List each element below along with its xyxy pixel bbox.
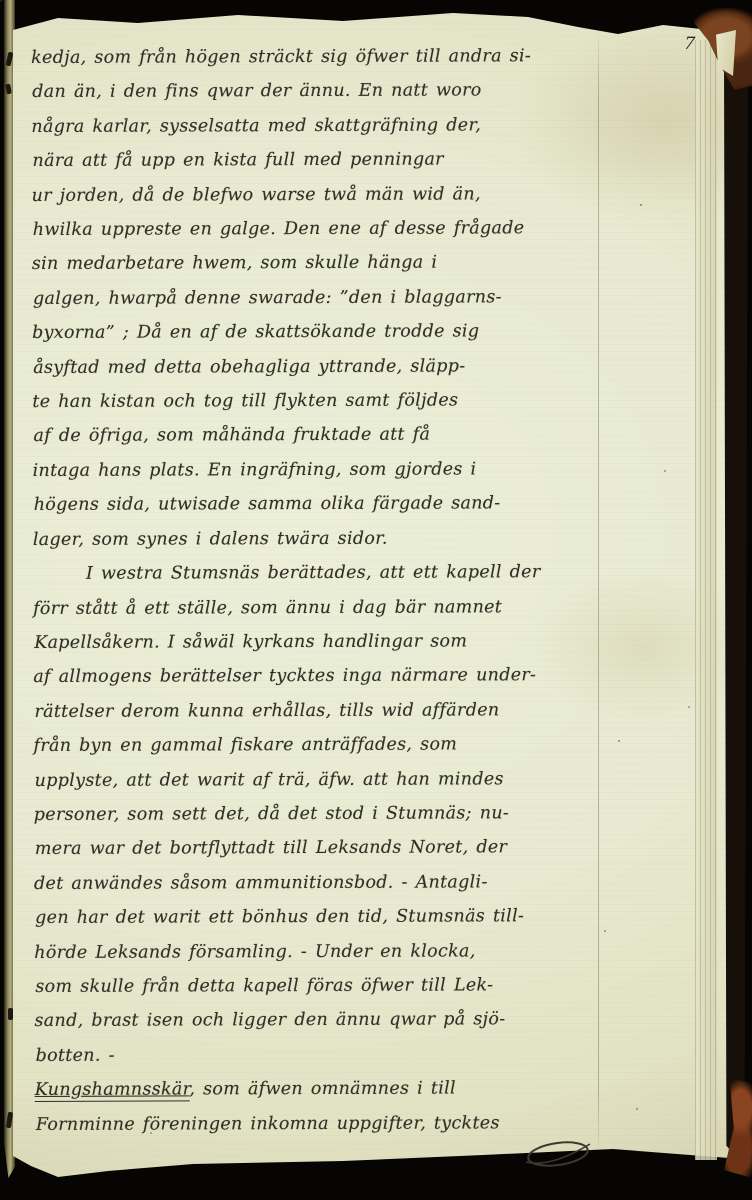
underlined-place-name: Kungshamnsskär xyxy=(35,1080,190,1103)
manuscript-line: rättelser derom kunna erhållas, tills wi… xyxy=(34,693,590,729)
manuscript-line: botten. - xyxy=(36,1037,592,1073)
manuscript-line: intaga hans plats. En ingräfning, som gj… xyxy=(33,452,589,488)
manuscript-line: åsyftad med detta obehagliga yttrande, s… xyxy=(33,349,589,385)
manuscript-line: byxorna” ; Då en af de skattsökande trod… xyxy=(32,314,588,350)
ink-specks xyxy=(0,0,2,2)
manuscript-line: från byn en gammal fiskare anträffades, … xyxy=(33,727,589,763)
manuscript-line: nära att få upp en kista full med pennin… xyxy=(32,142,588,178)
manuscript-line: kedja, som från högen sträckt sig öfwer … xyxy=(31,39,587,75)
manuscript-line: galgen, hwarpå denne swarade: ”den i bla… xyxy=(33,280,589,316)
manuscript-line: mera war det bortflyttadt till Leksands … xyxy=(35,830,591,866)
binding-stitch xyxy=(8,1008,13,1020)
manuscript-line: högens sida, utwisade samma olika färgad… xyxy=(34,486,590,522)
manuscript-line: lager, som synes i dalens twära sidor. xyxy=(33,521,589,557)
manuscript-line: upplyste, att det warit af trä, äfw. att… xyxy=(35,762,591,798)
manuscript-line: hwilka uppreste en galge. Den ene af des… xyxy=(33,211,589,247)
manuscript-line: Kungshamnsskär, som äfwen omnämnes i til… xyxy=(35,1071,591,1107)
manuscript-line: gen har det warit ett bönhus den tid, St… xyxy=(35,899,591,935)
manuscript-line: af allmogens berättelser tycktes inga nä… xyxy=(33,658,589,694)
manuscript-text: kedja, som från högen sträckt sig öfwer … xyxy=(31,39,591,1142)
manuscript-line: I westra Stumsnäs berättades, att ett ka… xyxy=(34,555,590,591)
manuscript-line: Fornminne föreningen inkomna uppgifter, … xyxy=(36,1106,592,1142)
stacked-page-edges xyxy=(695,40,717,1160)
pen-flourish-icon xyxy=(520,1132,600,1176)
manuscript-line: te han kistan och tog till flykten samt … xyxy=(32,383,588,419)
leather-binding-edge xyxy=(724,52,748,1168)
margin-rule xyxy=(598,28,599,1160)
manuscript-line: dan än, i den fins qwar der ännu. En nat… xyxy=(32,73,588,109)
page-number: 7 xyxy=(683,34,696,54)
manuscript-line: af de öfriga, som måhända fruktade att f… xyxy=(33,417,589,453)
manuscript-line: Kapellsåkern. I såwäl kyrkans handlingar… xyxy=(34,624,590,660)
manuscript-line: sand, brast isen och ligger den ännu qwa… xyxy=(34,1002,590,1038)
manuscript-line: sin medarbetare hwem, som skulle hänga i xyxy=(32,245,588,281)
manuscript-line: ur jorden, då de blefwo warse twå män wi… xyxy=(32,177,588,213)
manuscript-line: som skulle från detta kapell föras öfwer… xyxy=(35,968,591,1004)
manuscript-line: det anwändes såsom ammunitionsbod. - Ant… xyxy=(34,865,590,901)
manuscript-line: personer, som sett det, då det stod i St… xyxy=(34,796,590,832)
manuscript-line: hörde Leksands församling. - Under en kl… xyxy=(34,934,590,970)
manuscript-line: några karlar, sysselsatta med skattgräfn… xyxy=(31,108,587,144)
manuscript-line: förr stått å ett ställe, som ännu i dag … xyxy=(33,590,589,626)
